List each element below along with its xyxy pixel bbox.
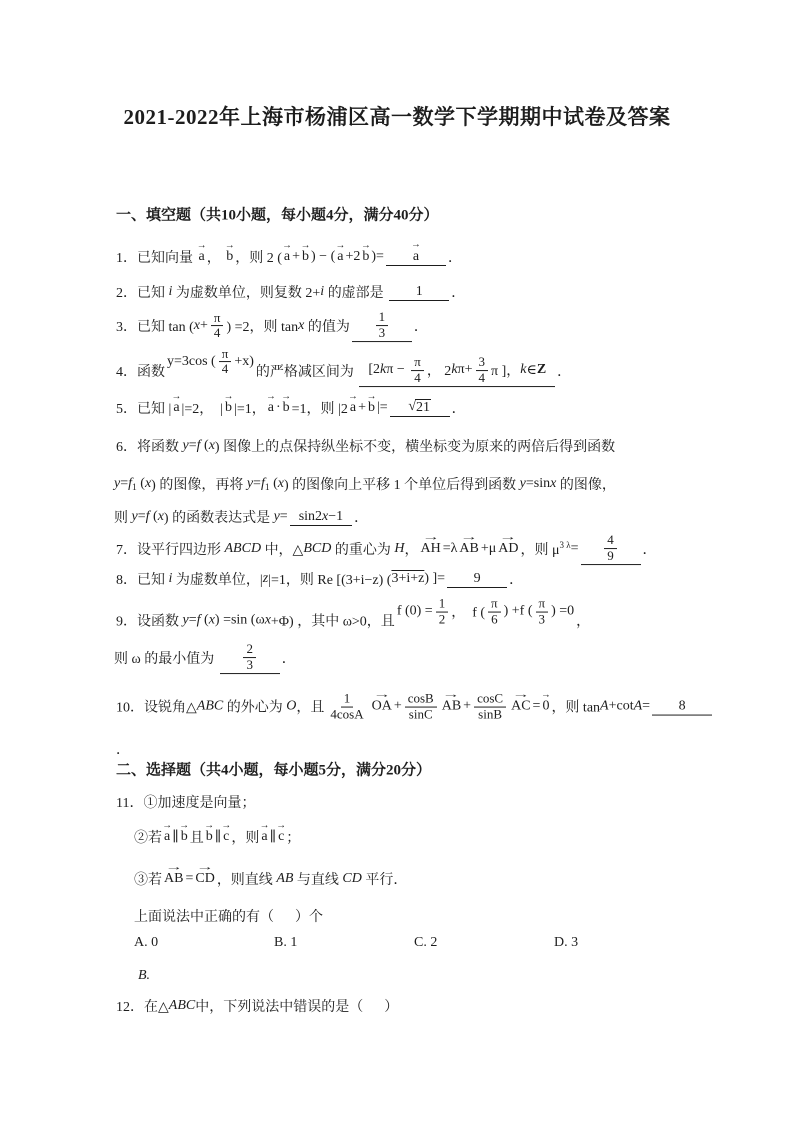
text-run: [2 [368, 363, 380, 379]
numerator: 3 [476, 355, 489, 371]
text-run: ) ]= [424, 571, 445, 587]
text-run: = [253, 476, 261, 492]
vector-ad: AD [496, 541, 520, 557]
fraction: π4 [411, 355, 424, 386]
vector-a: a [348, 400, 358, 416]
fraction: 13 [376, 310, 389, 341]
text-run: 1 [416, 284, 423, 300]
denominator: 2 [436, 613, 449, 628]
text-run: 中，下列说法中错误的是（ ） [195, 996, 398, 1016]
question-11-statement-2: ②若a∥b且b∥c，则a∥c； [134, 827, 300, 847]
text-run: 为虚数单位，则复数 2+ [172, 282, 320, 302]
text-run: ) +f ( [504, 604, 533, 620]
text-run: = [533, 699, 541, 715]
answer-blank: [2kπ − π4， 2kπ+34π ]，k∈Z [359, 355, 555, 387]
text-run: π − [386, 363, 408, 379]
text-run: 平行． [362, 869, 408, 889]
text-run: ( [270, 476, 278, 492]
text-run: ，则 tan [551, 697, 600, 717]
text-run: 的虚部是 [324, 282, 387, 302]
text-run: f (0) = [397, 604, 433, 620]
text-run: y=3cos ( [167, 354, 216, 370]
math-variable: ABC [197, 699, 223, 715]
text-run: )= [371, 249, 384, 265]
text-run: ， [207, 247, 225, 267]
text-run: ． [448, 247, 462, 267]
vector-ac: AC [509, 699, 532, 715]
option-a: A. 0 [134, 935, 274, 951]
text-run: 6．将函数 [116, 436, 183, 456]
text-run: 9．设函数 [116, 611, 183, 631]
text-run: ( [150, 509, 158, 525]
text-run: ∈ [526, 362, 536, 379]
text-run: ( [137, 476, 145, 492]
text-run: + [200, 318, 208, 334]
question-6-line-3: 则 y=f (x) 的函数表达式是 y=sin2x−1． [114, 507, 368, 527]
text-run: 的重心为 [331, 539, 394, 559]
text-run: ) 的图像，再将 [151, 474, 247, 494]
vector-a: a [162, 829, 172, 845]
fraction: cosBsinC [405, 692, 437, 723]
text-run: 11．①加速度是向量； [116, 792, 255, 812]
text-run: ． [451, 282, 465, 302]
text-run: ，则 [231, 827, 259, 847]
text-run: ； [286, 827, 300, 847]
text-run: ． [557, 361, 571, 381]
text-run: 的严格减区间为 [256, 361, 358, 381]
square-root: √21 [408, 399, 431, 416]
denominator: 4 [219, 363, 232, 378]
text-run: = [189, 613, 197, 629]
denominator: sinB [475, 708, 505, 723]
text-run: = [120, 476, 128, 492]
denominator: 4 [211, 327, 224, 342]
text-run: ． [282, 648, 296, 668]
text-run: ． [354, 507, 368, 527]
numerator: cosB [405, 692, 437, 708]
text-run: ． [643, 539, 657, 559]
subscript: 1 [265, 483, 270, 493]
text-run: 的值为 [304, 316, 350, 336]
text-run: π ]， [491, 361, 520, 381]
raised-expression: y=3cos (π4+x) [167, 347, 254, 378]
answer-blank: 1 [389, 284, 449, 301]
vector-c: c [221, 829, 231, 845]
section-2-header-text: 二、选择题（共4小题，每小题5分，满分20分） [116, 759, 431, 780]
text-run: ) 的图像向上平移 1 个单位后得到函数 [284, 474, 520, 494]
text-run: ，且 [296, 697, 324, 717]
text-run: ． [452, 398, 466, 418]
fraction: π3 [536, 597, 549, 628]
text-run: π+ [458, 363, 473, 379]
denominator: 6 [488, 613, 501, 628]
text-run: 8．已知 [116, 569, 169, 589]
raised-expression: f (0) =12， f (π6) +f (π3) =0 [397, 597, 574, 628]
vector-a: a [411, 249, 421, 265]
text-run: ③若 [134, 869, 162, 889]
text-run: ) =2，则 tan [226, 316, 298, 336]
text-run: 的外心为 [223, 697, 286, 717]
text-run: + [394, 699, 402, 715]
text-run: |=1， [234, 398, 266, 418]
vector-a: a [266, 400, 276, 416]
question-9-line-1: 9．设函数 y=f (x) =sin (ωx+Φ) ，其中 ω>0，且f (0)… [116, 606, 590, 637]
text-run: sin2 [299, 509, 322, 525]
text-run: = [642, 699, 650, 715]
vector-ab: AB [457, 541, 480, 557]
question-11-prompt: 上面说法中正确的有（ ）个 [134, 906, 323, 926]
superscript: 3 λ [560, 540, 571, 550]
math-variable: ABC [169, 998, 195, 1014]
text-run: 与直线 [293, 869, 342, 889]
text-run: ) 的函数表达式是 [164, 507, 274, 527]
text-run: 12．在△ [116, 996, 169, 1016]
numerator: π [219, 347, 232, 363]
math-variable: B. [138, 968, 150, 984]
question-11-statement-3: ③若AB=CD，则直线 AB 与直线 CD 平行． [134, 869, 407, 889]
vector-0: 0 [540, 699, 551, 715]
denominator: 4cosA [327, 708, 366, 723]
math-variable: AB [276, 871, 293, 887]
option-c: C. 2 [414, 935, 554, 951]
text-run: ． [116, 739, 130, 759]
vector-b: b [366, 400, 377, 416]
section-2-header: 二、选择题（共4小题，每小题5分，满分20分） [116, 759, 431, 780]
text-run: +2 [345, 249, 360, 265]
answer-blank: 23 [220, 642, 280, 674]
question-10-line-2: ． [116, 739, 130, 759]
text-run: 4．函数 [116, 361, 165, 381]
question-10-line-1: 10．设锐角△ABC 的外心为 O，且14cosAOA+cosBsinCAB+c… [116, 692, 714, 723]
denominator: 3 [376, 326, 389, 341]
vector-ah: AH [418, 541, 442, 557]
numerator: 1 [341, 692, 354, 708]
vector-a: a [259, 829, 269, 845]
question-9-line-2: 则 ω 的最小值为 23． [114, 642, 296, 674]
fraction: π4 [219, 347, 232, 378]
question-2: 2．已知 i 为虚数单位，则复数 2+i 的虚部是 1． [116, 282, 465, 302]
answer-blank: 13 [352, 310, 412, 342]
math-variable: H [394, 541, 404, 557]
fraction: 34 [476, 355, 489, 386]
vector-b: b [179, 829, 190, 845]
text-run: = [185, 871, 193, 887]
section-1-header-text: 一、填空题（共10小题，每小题4分，满分40分） [116, 204, 439, 225]
text-run: 1．已知向量 [116, 247, 197, 267]
text-run: 7．设平行四边形 [116, 539, 225, 559]
math-variable: A [600, 699, 609, 715]
question-11-answer: B. [138, 968, 150, 984]
text-run: 10．设锐角△ [116, 697, 197, 717]
text-run: ) − ( [311, 249, 335, 265]
vector-cd: CD [193, 871, 216, 887]
text-run: =1，则 |2 [292, 398, 348, 418]
text-run: 3．已知 tan ( [116, 316, 194, 336]
text-run: 中，△ [261, 539, 303, 559]
text-run: +Φ) ，其中 ω>0，且 [271, 611, 395, 631]
text-run: ②若 [134, 827, 162, 847]
text-run: 8 [679, 699, 686, 715]
question-3: 3．已知 tan (x+π4) =2，则 tanx 的值为13． [116, 310, 428, 342]
vector-b: b [281, 400, 292, 416]
text-run: = [571, 541, 579, 557]
question-5: 5．已知 |a|=2， |b|=1，a·b=1，则 |2a+b|=√21． [116, 398, 466, 418]
text-run: = [280, 509, 288, 525]
text-run: ， f ( [451, 602, 485, 622]
fraction: 49 [604, 533, 617, 564]
text-run: ，则 2 ( [235, 247, 282, 267]
text-run: ， [576, 611, 590, 631]
answer-blank: a [386, 249, 446, 266]
question-8: 8．已知 i 为虚数单位，|z|=1，则 Re [(3+i−z) (3+i+z)… [116, 569, 523, 589]
text-run: |=1，则 Re [(3+i−z) ( [268, 569, 391, 589]
text-run: ， 2 [427, 361, 452, 381]
fraction: π4 [211, 311, 224, 342]
overline-conjugate: 3+i+z [391, 571, 424, 587]
vector-a: a [335, 249, 345, 265]
question-11-statement-1: 11．①加速度是向量； [116, 792, 255, 812]
fraction: 14cosA [327, 692, 366, 723]
text-run: |= [377, 400, 388, 416]
text-run: ，则 μ [520, 539, 559, 559]
text-run: 5．已知 | [116, 398, 171, 418]
text-run: ) =sin (ω [215, 613, 265, 629]
text-run: + [358, 400, 366, 416]
option-d: D. 3 [554, 935, 694, 951]
vector-b: b [360, 249, 371, 265]
text-run: −1 [328, 509, 343, 525]
question-4: 4．函数y=3cos (π4+x)的严格减区间为 [2kπ − π4， 2kπ+… [116, 355, 571, 387]
vector-ab: AB [162, 871, 185, 887]
text-run: 则 ω 的最小值为 [114, 648, 218, 668]
text-run: + [463, 699, 471, 715]
denominator: 4 [411, 371, 424, 386]
text-run: |=2， | [182, 398, 224, 418]
text-run: ． [414, 316, 428, 336]
question-1: 1．已知向量 a， b，则 2 (a+b) − (a+2b)=a． [116, 247, 462, 267]
text-run: ( [201, 438, 209, 454]
text-run: ． [509, 569, 523, 589]
math-variable: ABCD [225, 541, 262, 557]
text-run: ( [201, 613, 209, 629]
denominator: 4 [476, 371, 489, 386]
text-run: +cot [609, 699, 634, 715]
subscript: 1 [132, 483, 137, 493]
math-variable: O [286, 699, 296, 715]
page-title: 2021-2022年上海市杨浦区高一数学下学期期中试卷及答案 [0, 101, 794, 131]
option-b: B. 1 [274, 935, 414, 951]
vector-ab: AB [440, 699, 463, 715]
numerator: π [411, 355, 424, 371]
answer-blank: sin2x−1 [290, 509, 352, 526]
radicand: 21 [415, 399, 431, 416]
denominator: 3 [243, 658, 256, 673]
text-run: 的图像， [556, 474, 616, 494]
vector-a: a [171, 400, 181, 416]
text-run: +μ [481, 541, 496, 557]
numerator: cosC [474, 692, 506, 708]
text-run: = [138, 509, 146, 525]
fraction: 23 [243, 642, 256, 673]
denominator: 9 [604, 549, 617, 564]
vector-b: b [300, 249, 311, 265]
answer-blank: 49 [581, 533, 641, 565]
numerator: π [211, 311, 224, 327]
numerator: π [488, 597, 501, 613]
answer-blank: 9 [447, 571, 507, 588]
text-run: 且 [190, 827, 204, 847]
fraction: π6 [488, 597, 501, 628]
math-variable: A [634, 699, 643, 715]
question-6-line-2: y=f1 (x) 的图像，再将 y=f1 (x) 的图像向上平移 1 个单位后得… [114, 474, 616, 494]
text-run: 2．已知 [116, 282, 169, 302]
text-run: = [189, 438, 197, 454]
text-run: 则 [114, 507, 132, 527]
vector-b: b [204, 829, 215, 845]
answer-blank: 8 [652, 699, 712, 716]
exam-document-page: 2021-2022年上海市杨浦区高一数学下学期期中试卷及答案 一、填空题（共10… [0, 0, 794, 1123]
numerator: 2 [243, 642, 256, 658]
vector-c: c [276, 829, 286, 845]
vector-oa: OA [370, 699, 394, 715]
text-run: +x) [234, 354, 254, 370]
text-run: =sin [526, 476, 550, 492]
numerator: 1 [376, 310, 389, 326]
question-7: 7．设平行四边形 ABCD 中，△BCD 的重心为 H，AH=λAB+μAD，则… [116, 533, 657, 565]
section-1-header: 一、填空题（共10小题，每小题4分，满分40分） [116, 204, 439, 225]
math-variable: BCD [303, 541, 331, 557]
vector-a: a [282, 249, 292, 265]
answer-blank: √21 [390, 399, 450, 417]
vector-b: b [224, 249, 235, 265]
text-run: =λ [443, 541, 458, 557]
vector-b: b [223, 400, 234, 416]
text-run: 上面说法中正确的有（ ）个 [134, 906, 323, 926]
text-run: ) 图像上的点保持纵坐标不变，横坐标变为原来的两倍后得到函数 [215, 436, 615, 456]
text-run: 为虚数单位，| [172, 569, 262, 589]
vector-a: a [197, 249, 207, 265]
math-variable: CD [342, 871, 361, 887]
denominator: sinC [406, 708, 436, 723]
fraction: 12 [436, 597, 449, 628]
numerator: 1 [436, 597, 449, 613]
text-run: 9 [474, 571, 481, 587]
question-11-options: A. 0 B. 1 C. 2 D. 3 [134, 935, 694, 951]
text-run: ，则直线 [217, 869, 277, 889]
bold-text: Z [537, 363, 546, 379]
question-6-line-1: 6．将函数 y=f (x) 图像上的点保持纵坐标不变，横坐标变为原来的两倍后得到… [116, 436, 615, 456]
fraction: cosCsinB [474, 692, 506, 723]
question-12: 12．在△ABC中，下列说法中错误的是（ ） [116, 996, 398, 1016]
numerator: 4 [604, 533, 617, 549]
text-run: ， [404, 539, 418, 559]
text-run: + [292, 249, 300, 265]
numerator: π [536, 597, 549, 613]
text-run: ) =0 [551, 604, 574, 620]
denominator: 3 [536, 613, 549, 628]
